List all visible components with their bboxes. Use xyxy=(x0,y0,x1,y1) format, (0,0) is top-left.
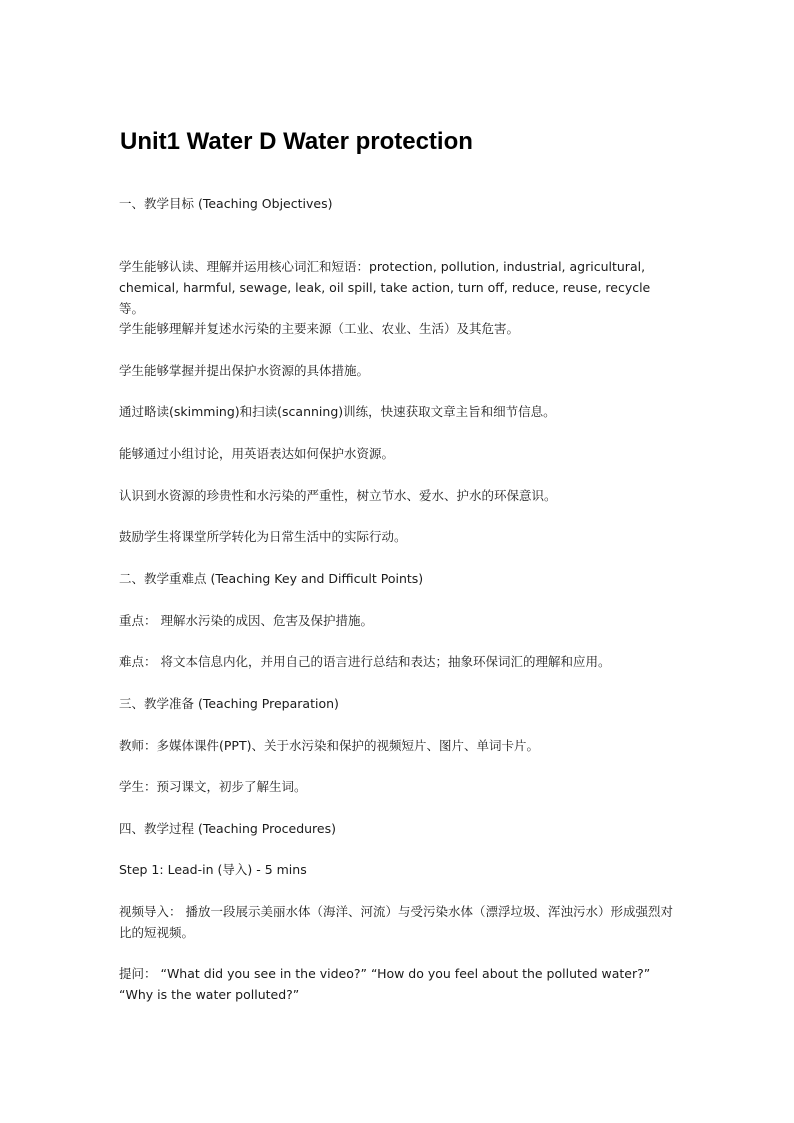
section-heading-key-points: 二、教学重难点 (Teaching Key and Difficult Poin… xyxy=(119,568,423,589)
objective-item-5: 能够通过小组讨论，用英语表达如何保护水资源。 xyxy=(119,443,394,464)
objective-item-2: 学生能够理解并复述水污染的主要来源（工业、农业、生活）及其危害。 xyxy=(119,318,519,339)
objective-item-3: 学生能够掌握并提出保护水资源的具体措施。 xyxy=(119,360,369,381)
lead-in-questions: 提问： “What did you see in the video?” “Ho… xyxy=(119,963,679,1005)
teacher-preparation: 教师：多媒体课件(PPT)、关于水污染和保护的视频短片、图片、单词卡片。 xyxy=(119,735,539,756)
section-heading-preparation: 三、教学准备 (Teaching Preparation) xyxy=(119,693,339,714)
objective-item-1: 学生能够认读、理解并运用核心词汇和短语：protection, pollutio… xyxy=(119,256,679,319)
video-intro: 视频导入： 播放一段展示美丽水体（海洋、河流）与受污染水体（漂浮垃圾、浑浊污水）… xyxy=(119,901,679,943)
key-point: 重点： 理解水污染的成因、危害及保护措施。 xyxy=(119,610,373,631)
objective-item-7: 鼓励学生将课堂所学转化为日常生活中的实际行动。 xyxy=(119,526,407,547)
objective-item-6: 认识到水资源的珍贵性和水污染的严重性，树立节水、爱水、护水的环保意识。 xyxy=(119,485,557,506)
section-heading-objectives: 一、教学目标 (Teaching Objectives) xyxy=(119,193,332,214)
objective-item-4: 通过略读(skimming)和扫读(scanning)训练，快速获取文章主旨和细… xyxy=(119,401,556,422)
student-preparation: 学生：预习课文，初步了解生词。 xyxy=(119,776,307,797)
section-heading-procedures: 四、教学过程 (Teaching Procedures) xyxy=(119,818,336,839)
document-title: Unit1 Water D Water protection xyxy=(120,128,473,156)
difficult-point: 难点： 将文本信息内化，并用自己的语言进行总结和表达；抽象环保词汇的理解和应用。 xyxy=(119,651,610,672)
step1-title: Step 1: Lead-in (导入) - 5 mins xyxy=(119,859,307,880)
document-page: Unit1 Water D Water protection 一、教学目标 (T… xyxy=(0,0,794,1123)
